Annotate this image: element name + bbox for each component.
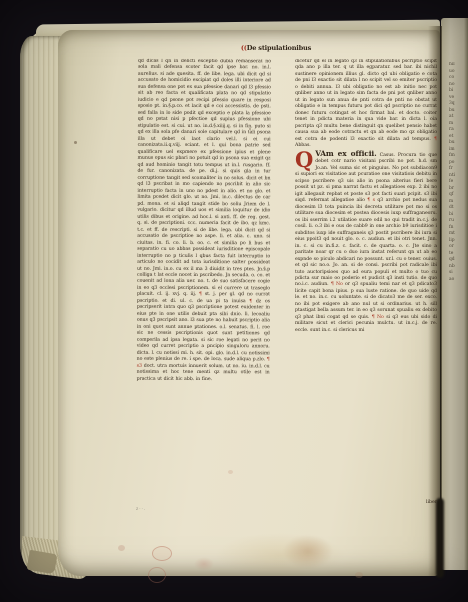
rubricated-initial-Q: Q [295, 152, 313, 169]
pencil-mark: z··. [136, 506, 146, 511]
running-title: ((De stipulationibus [228, 44, 324, 52]
incipit-text: VAm ex officii. Casus. Procura tio que d… [295, 153, 437, 333]
text-column-right: dicetur qd el in legato q3 in stipulatio… [295, 59, 437, 508]
running-title-text: De stipulationibus [247, 44, 311, 52]
photo-of-open-book: hiluoconobive3qbuatmraetbuimfmpofrntifeb… [0, 0, 468, 602]
facing-page-text-edge: hiluoconobive3qbuatmraetbuimfmpofrntifeb… [449, 62, 455, 498]
chapter-incipit: QVAm ex officii. Casus. Procura tio que … [295, 151, 437, 335]
text-column-left: qd dicas l qn in delicti exceptio dubia … [136, 59, 271, 509]
commentary-continuation: dicetur qd el in legato q3 in stipulatio… [295, 59, 437, 150]
catchword: liber [403, 500, 437, 505]
gutter-gap-bottom [436, 498, 444, 578]
